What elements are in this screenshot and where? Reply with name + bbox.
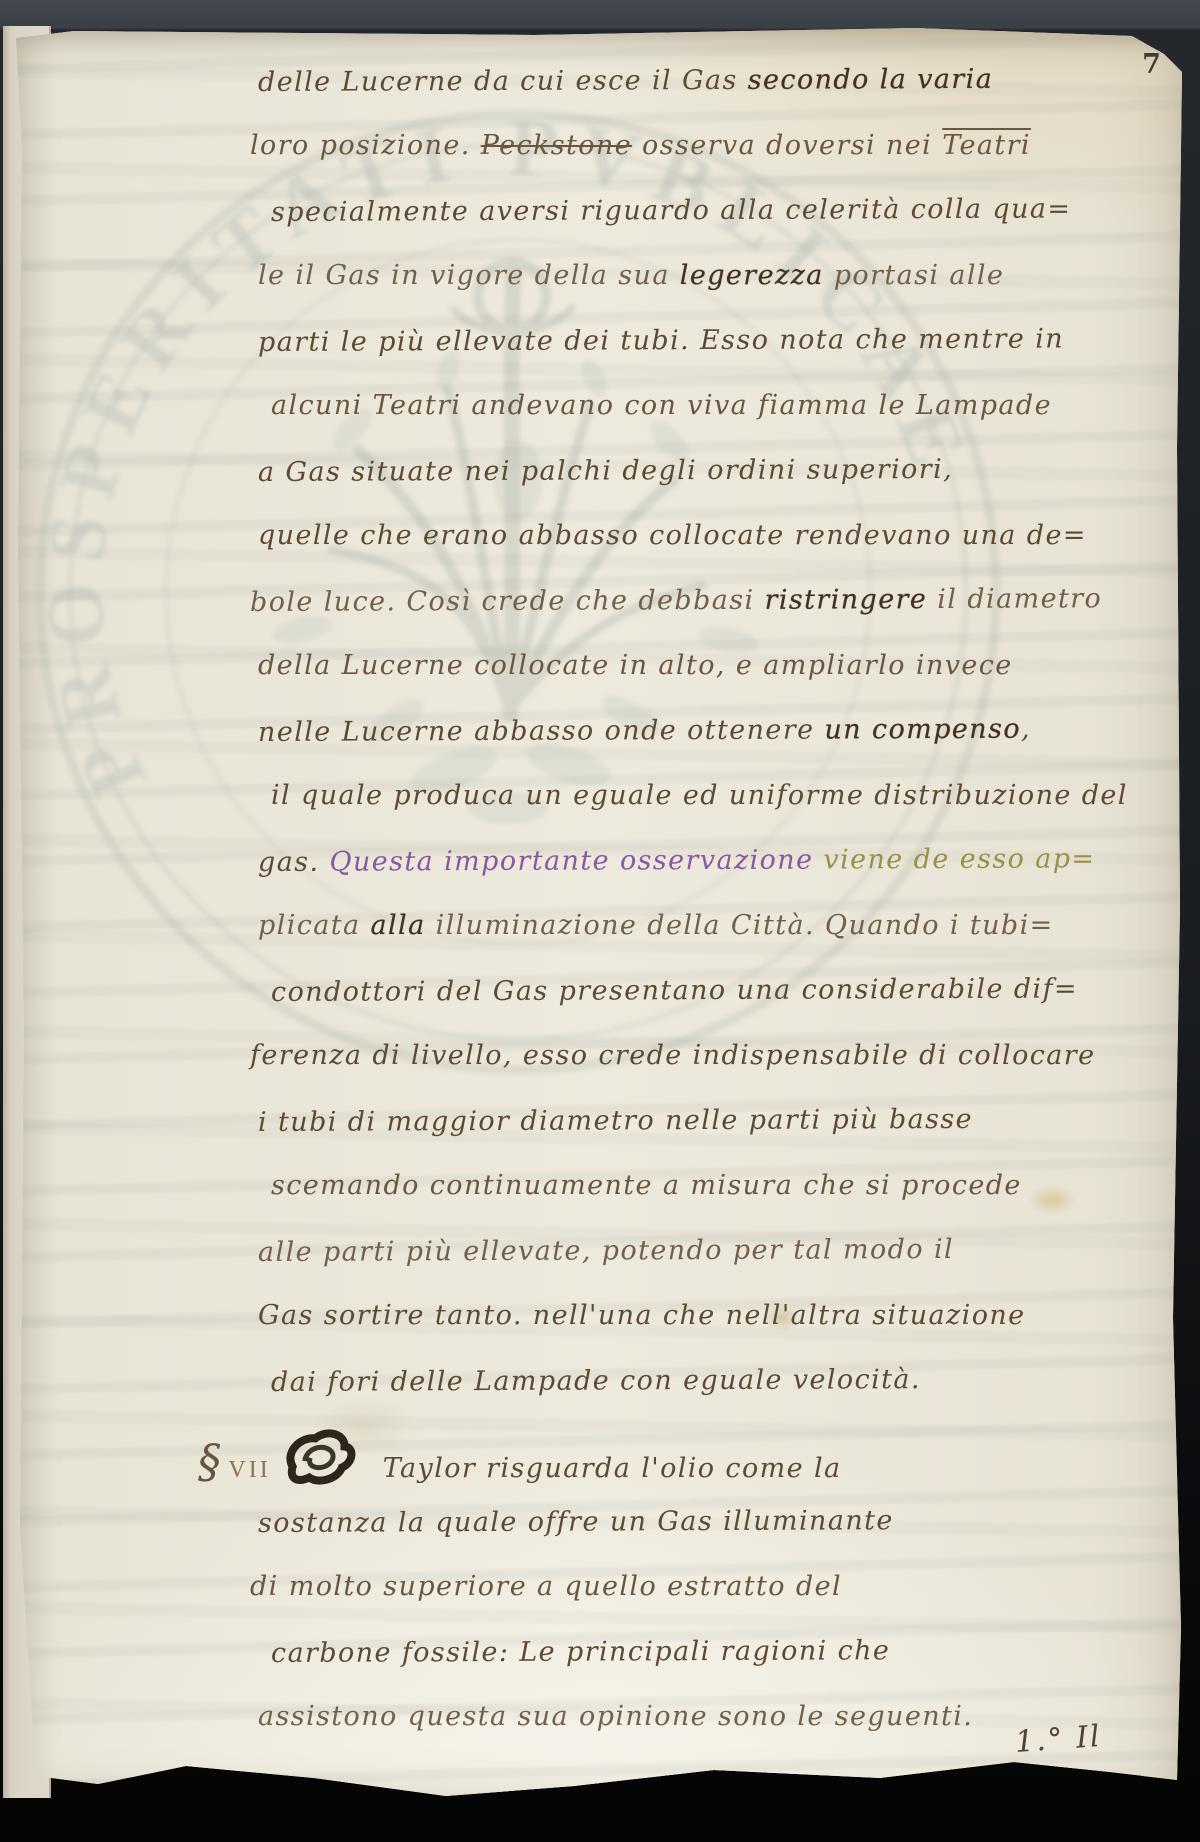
manuscript-segment: di molto superiore a quello estratto del xyxy=(250,1571,842,1602)
manuscript-text-block: delle Lucerne da cui esce il Gas secondo… xyxy=(258,48,1170,1749)
manuscript-segment: le il Gas in vigore della sua xyxy=(258,260,680,291)
manuscript-line: specialmente aversi riguardo alla celeri… xyxy=(271,176,1170,245)
manuscript-segment: alla xyxy=(371,910,426,941)
manuscript-segment: Peckstone xyxy=(481,130,632,161)
manuscript-line: Gas sortire tanto. nell'una che nell'alt… xyxy=(258,1283,1170,1348)
manuscript-segment: quelle che erano abbasso collocate rende… xyxy=(258,520,1087,551)
manuscript-segment: osserva doversi nei xyxy=(632,130,942,161)
manuscript-line: ferenza di livello, esso crede indispens… xyxy=(250,1023,1170,1088)
manuscript-segment: il quale produca un eguale ed uniforme d… xyxy=(271,780,1128,811)
manuscript-segment: il diametro xyxy=(927,583,1102,615)
manuscript-segment: carbone fossile: Le principali ragioni c… xyxy=(271,1635,890,1669)
manuscript-segment: della Lucerne collocate in alto, e ampli… xyxy=(258,650,1013,681)
manuscript-line: quelle che erano abbasso collocate rende… xyxy=(258,503,1170,568)
manuscript-segment: alle parti più ellevate, potendo per tal… xyxy=(258,1234,954,1268)
manuscript-segment: loro posizione. xyxy=(250,130,481,161)
manuscript-segment: Gas sortire tanto. nell'una che nell'alt… xyxy=(258,1300,1026,1331)
section-paragraph-icon: § xyxy=(198,1429,222,1494)
paragraph-taylor-oil: sostanza la quale offre un Gas illuminan… xyxy=(258,1489,1170,1749)
manuscript-segment: alcuni Teatri andevano con viva fiamma l… xyxy=(271,390,1052,421)
manuscript-segment: portasi alle xyxy=(824,260,1005,291)
scanned-manuscript: PROSPERITATI PVBLICAE xyxy=(0,0,1200,1842)
manuscript-segment: illuminazione della Città. Quando i tubi… xyxy=(426,910,1054,941)
manuscript-line: carbone fossile: Le principali ragioni c… xyxy=(271,1617,1170,1686)
manuscript-line: i tubi di maggior diametro nelle parti p… xyxy=(258,1086,1170,1155)
manuscript-segment: sostanza la quale offre un Gas illuminan… xyxy=(258,1505,894,1539)
manuscript-segment: ristringere xyxy=(764,584,927,616)
manuscript-line: plicata alla illuminazione della Città. … xyxy=(258,893,1170,958)
manuscript-segment: gas. xyxy=(258,847,330,878)
paragraph-gas-lamps: delle Lucerne da cui esce il Gas secondo… xyxy=(258,48,1170,1413)
manuscript-segment: legerezza xyxy=(680,260,824,291)
manuscript-segment: scemando continuamente a misura che si p… xyxy=(271,1170,1022,1201)
manuscript-line: il quale produca un eguale ed uniforme d… xyxy=(271,763,1170,828)
manuscript-line: di molto superiore a quello estratto del xyxy=(250,1554,1170,1619)
manuscript-segment: viene de esso ap= xyxy=(823,843,1095,875)
manuscript-line: dai fori delle Lampade con eguale veloci… xyxy=(271,1346,1170,1415)
manuscript-line: nelle Lucerne abbasso onde ottenere un c… xyxy=(258,696,1170,765)
manuscript-segment: delle Lucerne da cui esce il Gas xyxy=(258,65,748,98)
manuscript-segment: dai fori delle Lampade con eguale veloci… xyxy=(271,1364,921,1398)
manuscript-line: parti le più ellevate dei tubi. Esso not… xyxy=(258,306,1170,375)
manuscript-line: loro posizione. Peckstone osserva dovers… xyxy=(250,113,1170,178)
manuscript-line: della Lucerne collocate in alto, e ampli… xyxy=(258,633,1170,698)
manuscript-segment: bole luce. Così crede che debbasi xyxy=(250,585,765,618)
manuscript-line: delle Lucerne da cui esce il Gas secondo… xyxy=(258,46,1170,115)
manuscript-line: sostanza la quale offre un Gas illuminan… xyxy=(258,1487,1170,1556)
section-vii-line: § VII Taylor risguarda l'olio come la xyxy=(258,1419,1170,1489)
manuscript-segment: secondo la varia xyxy=(748,64,994,96)
manuscript-segment: condottori del Gas presentano una consid… xyxy=(271,973,1078,1008)
manuscript-line: condottori del Gas presentano una consid… xyxy=(271,956,1170,1025)
manuscript-segment: un compenso xyxy=(824,714,1021,746)
manuscript-line: alle parti più ellevate, potendo per tal… xyxy=(258,1216,1170,1285)
manuscript-page: PROSPERITATI PVBLICAE xyxy=(14,28,1186,1798)
manuscript-segment: ferenza di livello, esso crede indispens… xyxy=(250,1040,1095,1071)
manuscript-segment: assistono questa sua opinione sono le se… xyxy=(258,1701,973,1732)
manuscript-segment: plicata xyxy=(258,910,371,941)
manuscript-line: scemando continuamente a misura che si p… xyxy=(271,1153,1170,1218)
manuscript-line: bole luce. Così crede che debbasi ristri… xyxy=(250,566,1170,635)
manuscript-segment: specialmente aversi riguardo alla celeri… xyxy=(271,193,1072,227)
ink-blot-icon xyxy=(281,1427,357,1485)
manuscript-line: le il Gas in vigore della sua legerezza … xyxy=(258,243,1170,308)
manuscript-line: alcuni Teatri andevano con viva fiamma l… xyxy=(271,373,1170,438)
manuscript-line: gas. Questa importante osservazione vien… xyxy=(258,826,1170,895)
manuscript-segment: i tubi di maggior diametro nelle parti p… xyxy=(258,1104,973,1138)
manuscript-segment: nelle Lucerne abbasso onde ottenere xyxy=(258,715,825,748)
manuscript-segment: , xyxy=(1021,714,1031,745)
manuscript-segment: Questa importante osservazione xyxy=(329,845,813,878)
catchword: 1.° Il xyxy=(1014,1719,1103,1761)
manuscript-segment: Teatri xyxy=(942,130,1031,161)
manuscript-segment: parti le più ellevate dei tubi. Esso not… xyxy=(258,323,1064,358)
manuscript-segment: a Gas situate nei palchi degli ordini su… xyxy=(258,454,953,488)
manuscript-line: a Gas situate nei palchi degli ordini su… xyxy=(258,436,1170,505)
